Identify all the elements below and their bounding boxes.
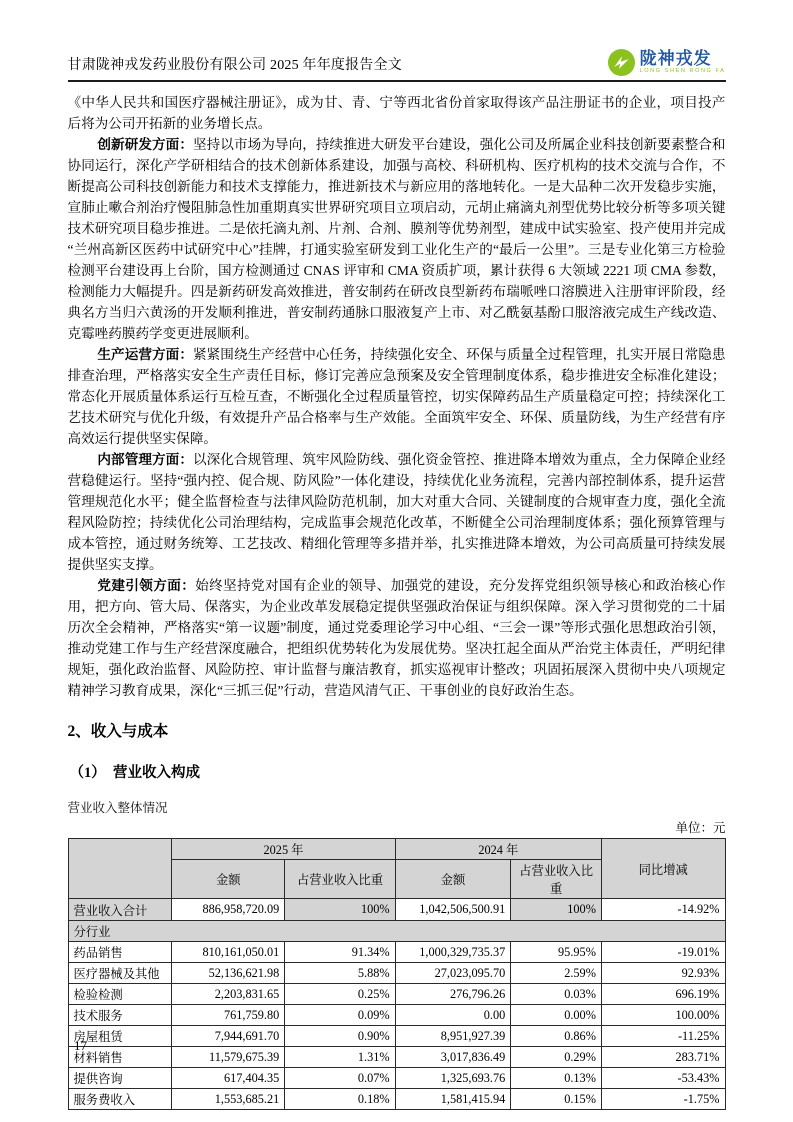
cell-amount-2025: 11,579,675.39 [172,1047,285,1068]
cell-yoy: 100.00% [601,1005,725,1026]
paragraph-management: 内部管理方面：以深化合规管理、筑牢风险防线、强化资金管控、推进降本增效为重点，全… [68,449,726,575]
table-row-total: 营业收入合计 886,958,720.09 100% 1,042,506,500… [68,899,725,921]
revenue-table: 2025 年 2024 年 同比增减 金额 占营业收入比重 金额 占营业收入比重… [68,838,726,1110]
header-cell-ratio-2024: 占营业收入比重 [511,860,602,899]
body-text: 《中华人民共和国医疗器械注册证》，成为甘、青、宁等西北省份首家取得该产品注册证书… [68,92,726,701]
cell-section-label: 分行业 [68,921,725,942]
section-heading-revenue-cost: 2、收入与成本 [68,719,726,741]
paragraph-lead: 创新研发方面： [97,137,193,152]
logo-en-text: LONG SHEN RONG FA [640,69,726,75]
paragraph-text: 《中华人民共和国医疗器械注册证》，成为甘、青、宁等西北省份首家取得该产品注册证书… [68,95,726,131]
cell-amount-2025: 7,944,691.70 [172,1026,285,1047]
table-caption: 营业收入整体情况 [68,798,726,816]
cell-yoy: -11.25% [601,1026,725,1047]
report-page: 甘肃陇神戎发药业股份有限公司 2025 年年度报告全文 陇神戎发 LONG SH… [0,0,793,1122]
table-header-row-years: 2025 年 2024 年 同比增减 [68,839,725,860]
table-row: 材料销售 11,579,675.39 1.31% 3,017,836.49 0.… [68,1047,725,1068]
header-cell-yoy: 同比增减 [601,839,725,899]
cell-ratio-2024: 0.13% [511,1068,602,1089]
cell-ratio-2025: 0.09% [285,1005,395,1026]
page-number: 17 [74,1038,87,1054]
cell-ratio-2025: 0.07% [285,1068,395,1089]
cell-ratio-2024: 2.59% [511,963,602,984]
paragraph-text: 始终坚持党对国有企业的领导、加强党的建设，充分发挥党组织领导核心和政治核心作用，… [68,578,726,698]
paragraph-lead: 生产运营方面： [97,347,193,362]
cell-amount-2024: 3,017,836.49 [395,1047,511,1068]
header-cell-amount-2024: 金额 [395,860,511,899]
cell-ratio-2025: 0.90% [285,1026,395,1047]
paragraph-production: 生产运营方面：紧紧围绕生产经营中心任务，持续强化安全、环保与质量全过程管理，扎实… [68,344,726,449]
cell-amount-2025: 2,203,831.65 [172,984,285,1005]
table-row: 服务费收入 1,553,685.21 0.18% 1,581,415.94 0.… [68,1089,725,1110]
paragraph-lead: 内部管理方面： [97,452,193,467]
subsection-heading-revenue-composition: （1） 营业收入构成 [70,761,726,782]
cell-label: 医疗器械及其他 [68,963,172,984]
table-row: 药品销售 810,161,050.01 91.34% 1,000,329,735… [68,942,725,963]
header-cell-amount-2025: 金额 [172,860,285,899]
cell-ratio-2025: 100% [285,899,395,921]
cell-yoy: -1.75% [601,1089,725,1110]
cell-ratio-2024: 0.29% [511,1047,602,1068]
cell-ratio-2025: 0.25% [285,984,395,1005]
cell-ratio-2024: 0.86% [511,1026,602,1047]
cell-label: 技术服务 [68,1005,172,1026]
cell-ratio-2024: 95.95% [511,942,602,963]
cell-ratio-2024: 0.00% [511,1005,602,1026]
logo-bird-icon [607,48,636,77]
cell-amount-2024: 1,325,693.76 [395,1068,511,1089]
cell-amount-2024: 1,042,506,500.91 [395,899,511,921]
cell-ratio-2025: 1.31% [285,1047,395,1068]
cell-label: 营业收入合计 [68,899,172,921]
table-row: 检验检测 2,203,831.65 0.25% 276,796.26 0.03%… [68,984,725,1005]
cell-amount-2025: 52,136,621.98 [172,963,285,984]
header-cell-ratio-2025: 占营业收入比重 [285,860,395,899]
unit-label: 单位：元 [68,818,726,836]
cell-amount-2025: 1,553,685.21 [172,1089,285,1110]
paragraph-text: 以深化合规管理、筑牢风险防线、强化资金管控、推进降本增效为重点，全力保障企业经营… [68,452,726,572]
cell-yoy: -14.92% [601,899,725,921]
header-cell-blank [68,839,172,899]
table-row: 医疗器械及其他 52,136,621.98 5.88% 27,023,095.7… [68,963,725,984]
cell-label: 提供咨询 [68,1068,172,1089]
cell-yoy: 283.71% [601,1047,725,1068]
paragraph-innovation: 创新研发方面：坚持以市场为导向，持续推进大研发平台建设，强化公司及所属企业科技创… [68,134,726,344]
header-cell-2025: 2025 年 [172,839,395,860]
cell-amount-2024: 1,581,415.94 [395,1089,511,1110]
cell-ratio-2025: 0.18% [285,1089,395,1110]
cell-amount-2024: 0.00 [395,1005,511,1026]
cell-label: 服务费收入 [68,1089,172,1110]
header-cell-2024: 2024 年 [395,839,601,860]
cell-yoy: 696.19% [601,984,725,1005]
paragraph-continuation: 《中华人民共和国医疗器械注册证》，成为甘、青、宁等西北省份首家取得该产品注册证书… [68,92,726,134]
table-row: 提供咨询 617,404.35 0.07% 1,325,693.76 0.13%… [68,1068,725,1089]
logo-text-block: 陇神戎发 LONG SHEN RONG FA [640,50,726,75]
logo-cn-text: 陇神戎发 [640,50,726,67]
cell-amount-2025: 810,161,050.01 [172,942,285,963]
cell-yoy: -19.01% [601,942,725,963]
cell-ratio-2024: 100% [511,899,602,921]
cell-ratio-2024: 0.15% [511,1089,602,1110]
cell-amount-2024: 27,023,095.70 [395,963,511,984]
cell-ratio-2025: 91.34% [285,942,395,963]
company-logo: 陇神戎发 LONG SHEN RONG FA [607,48,726,77]
cell-amount-2025: 761,759.80 [172,1005,285,1026]
cell-ratio-2025: 5.88% [285,963,395,984]
cell-yoy: 92.93% [601,963,725,984]
cell-amount-2024: 8,951,927.39 [395,1026,511,1047]
document-header: 甘肃陇神戎发药业股份有限公司 2025 年年度报告全文 陇神戎发 LONG SH… [68,0,726,82]
paragraph-text: 坚持以市场为导向，持续推进大研发平台建设，强化公司及所属企业科技创新要素整合和协… [68,137,726,341]
cell-label: 检验检测 [68,984,172,1005]
table-row: 房屋租赁 7,944,691.70 0.90% 8,951,927.39 0.8… [68,1026,725,1047]
cell-amount-2025: 617,404.35 [172,1068,285,1089]
table-row: 技术服务 761,759.80 0.09% 0.00 0.00% 100.00% [68,1005,725,1026]
cell-amount-2025: 886,958,720.09 [172,899,285,921]
cell-amount-2024: 276,796.26 [395,984,511,1005]
page-title: 甘肃陇神戎发药业股份有限公司 2025 年年度报告全文 [68,54,402,74]
cell-label: 药品销售 [68,942,172,963]
cell-ratio-2024: 0.03% [511,984,602,1005]
cell-amount-2024: 1,000,329,735.37 [395,942,511,963]
paragraph-party: 党建引领方面：始终坚持党对国有企业的领导、加强党的建设，充分发挥党组织领导核心和… [68,575,726,701]
paragraph-lead: 党建引领方面： [97,578,195,593]
table-row-section-industry: 分行业 [68,921,725,942]
cell-yoy: -53.43% [601,1068,725,1089]
